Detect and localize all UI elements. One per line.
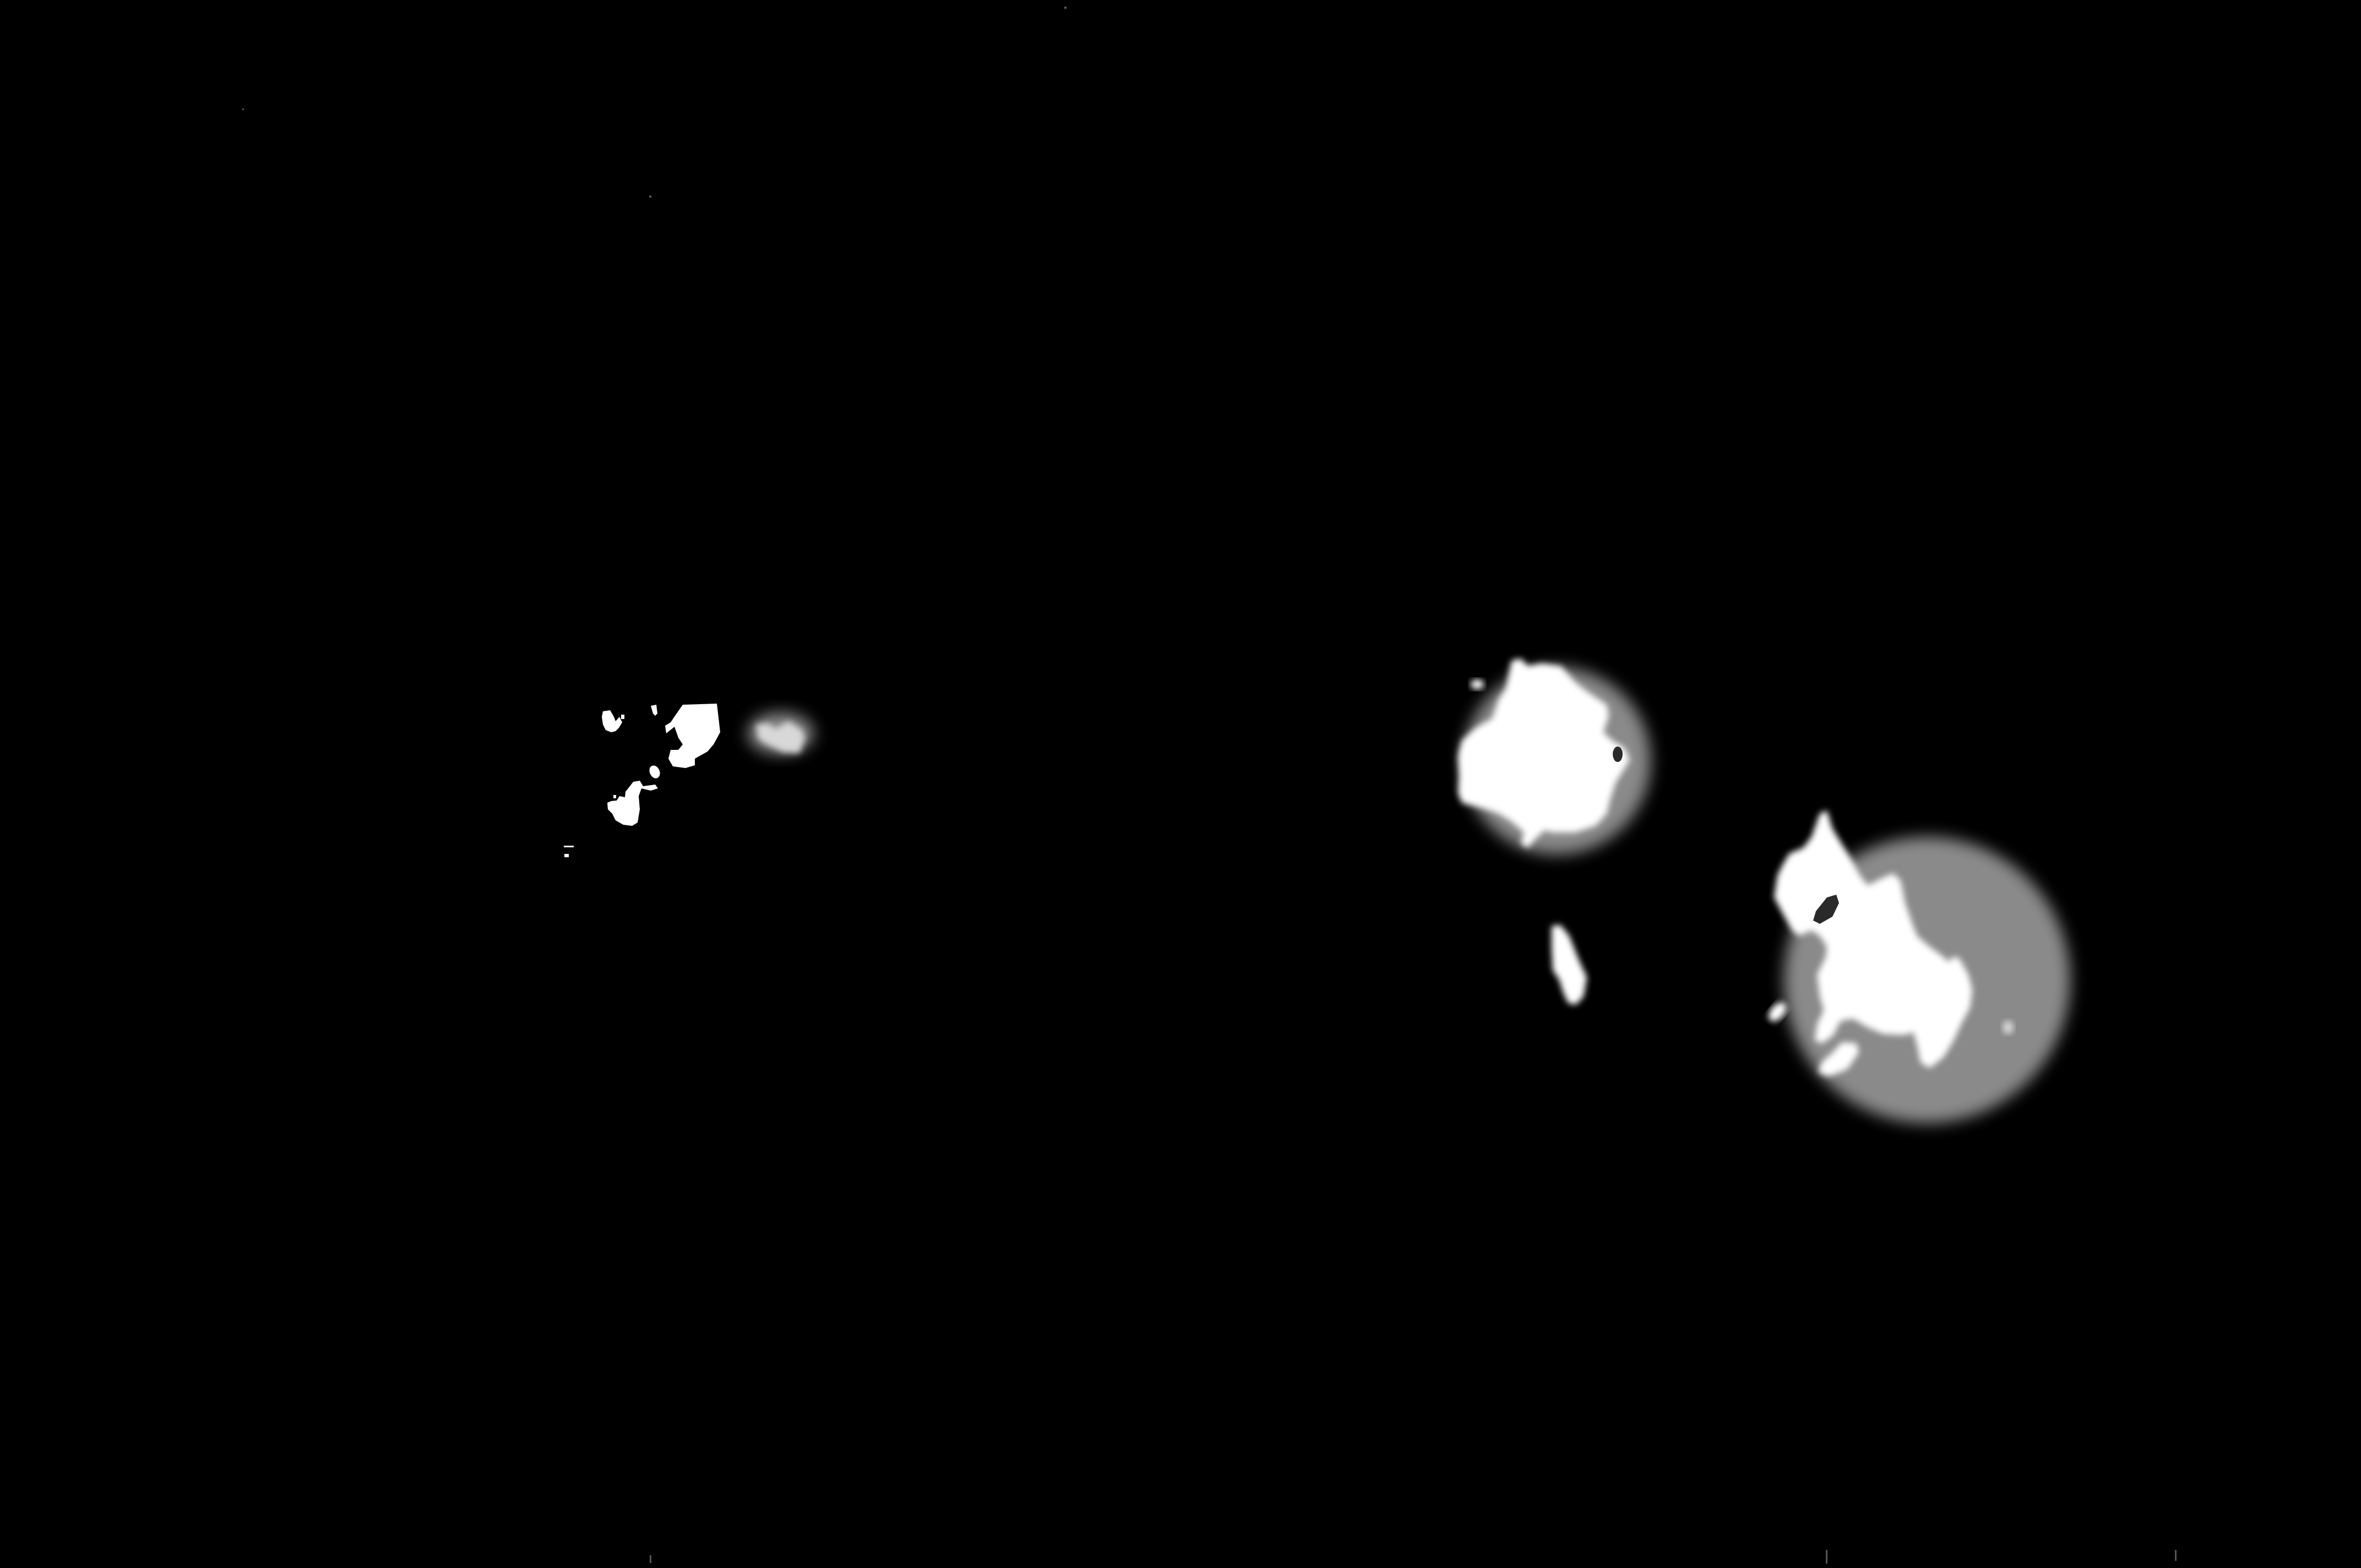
background [0, 0, 2361, 1568]
right-tiny-dot [2003, 1021, 2014, 1034]
dark-field-scene [0, 0, 2361, 1568]
left-satellite [748, 712, 814, 754]
